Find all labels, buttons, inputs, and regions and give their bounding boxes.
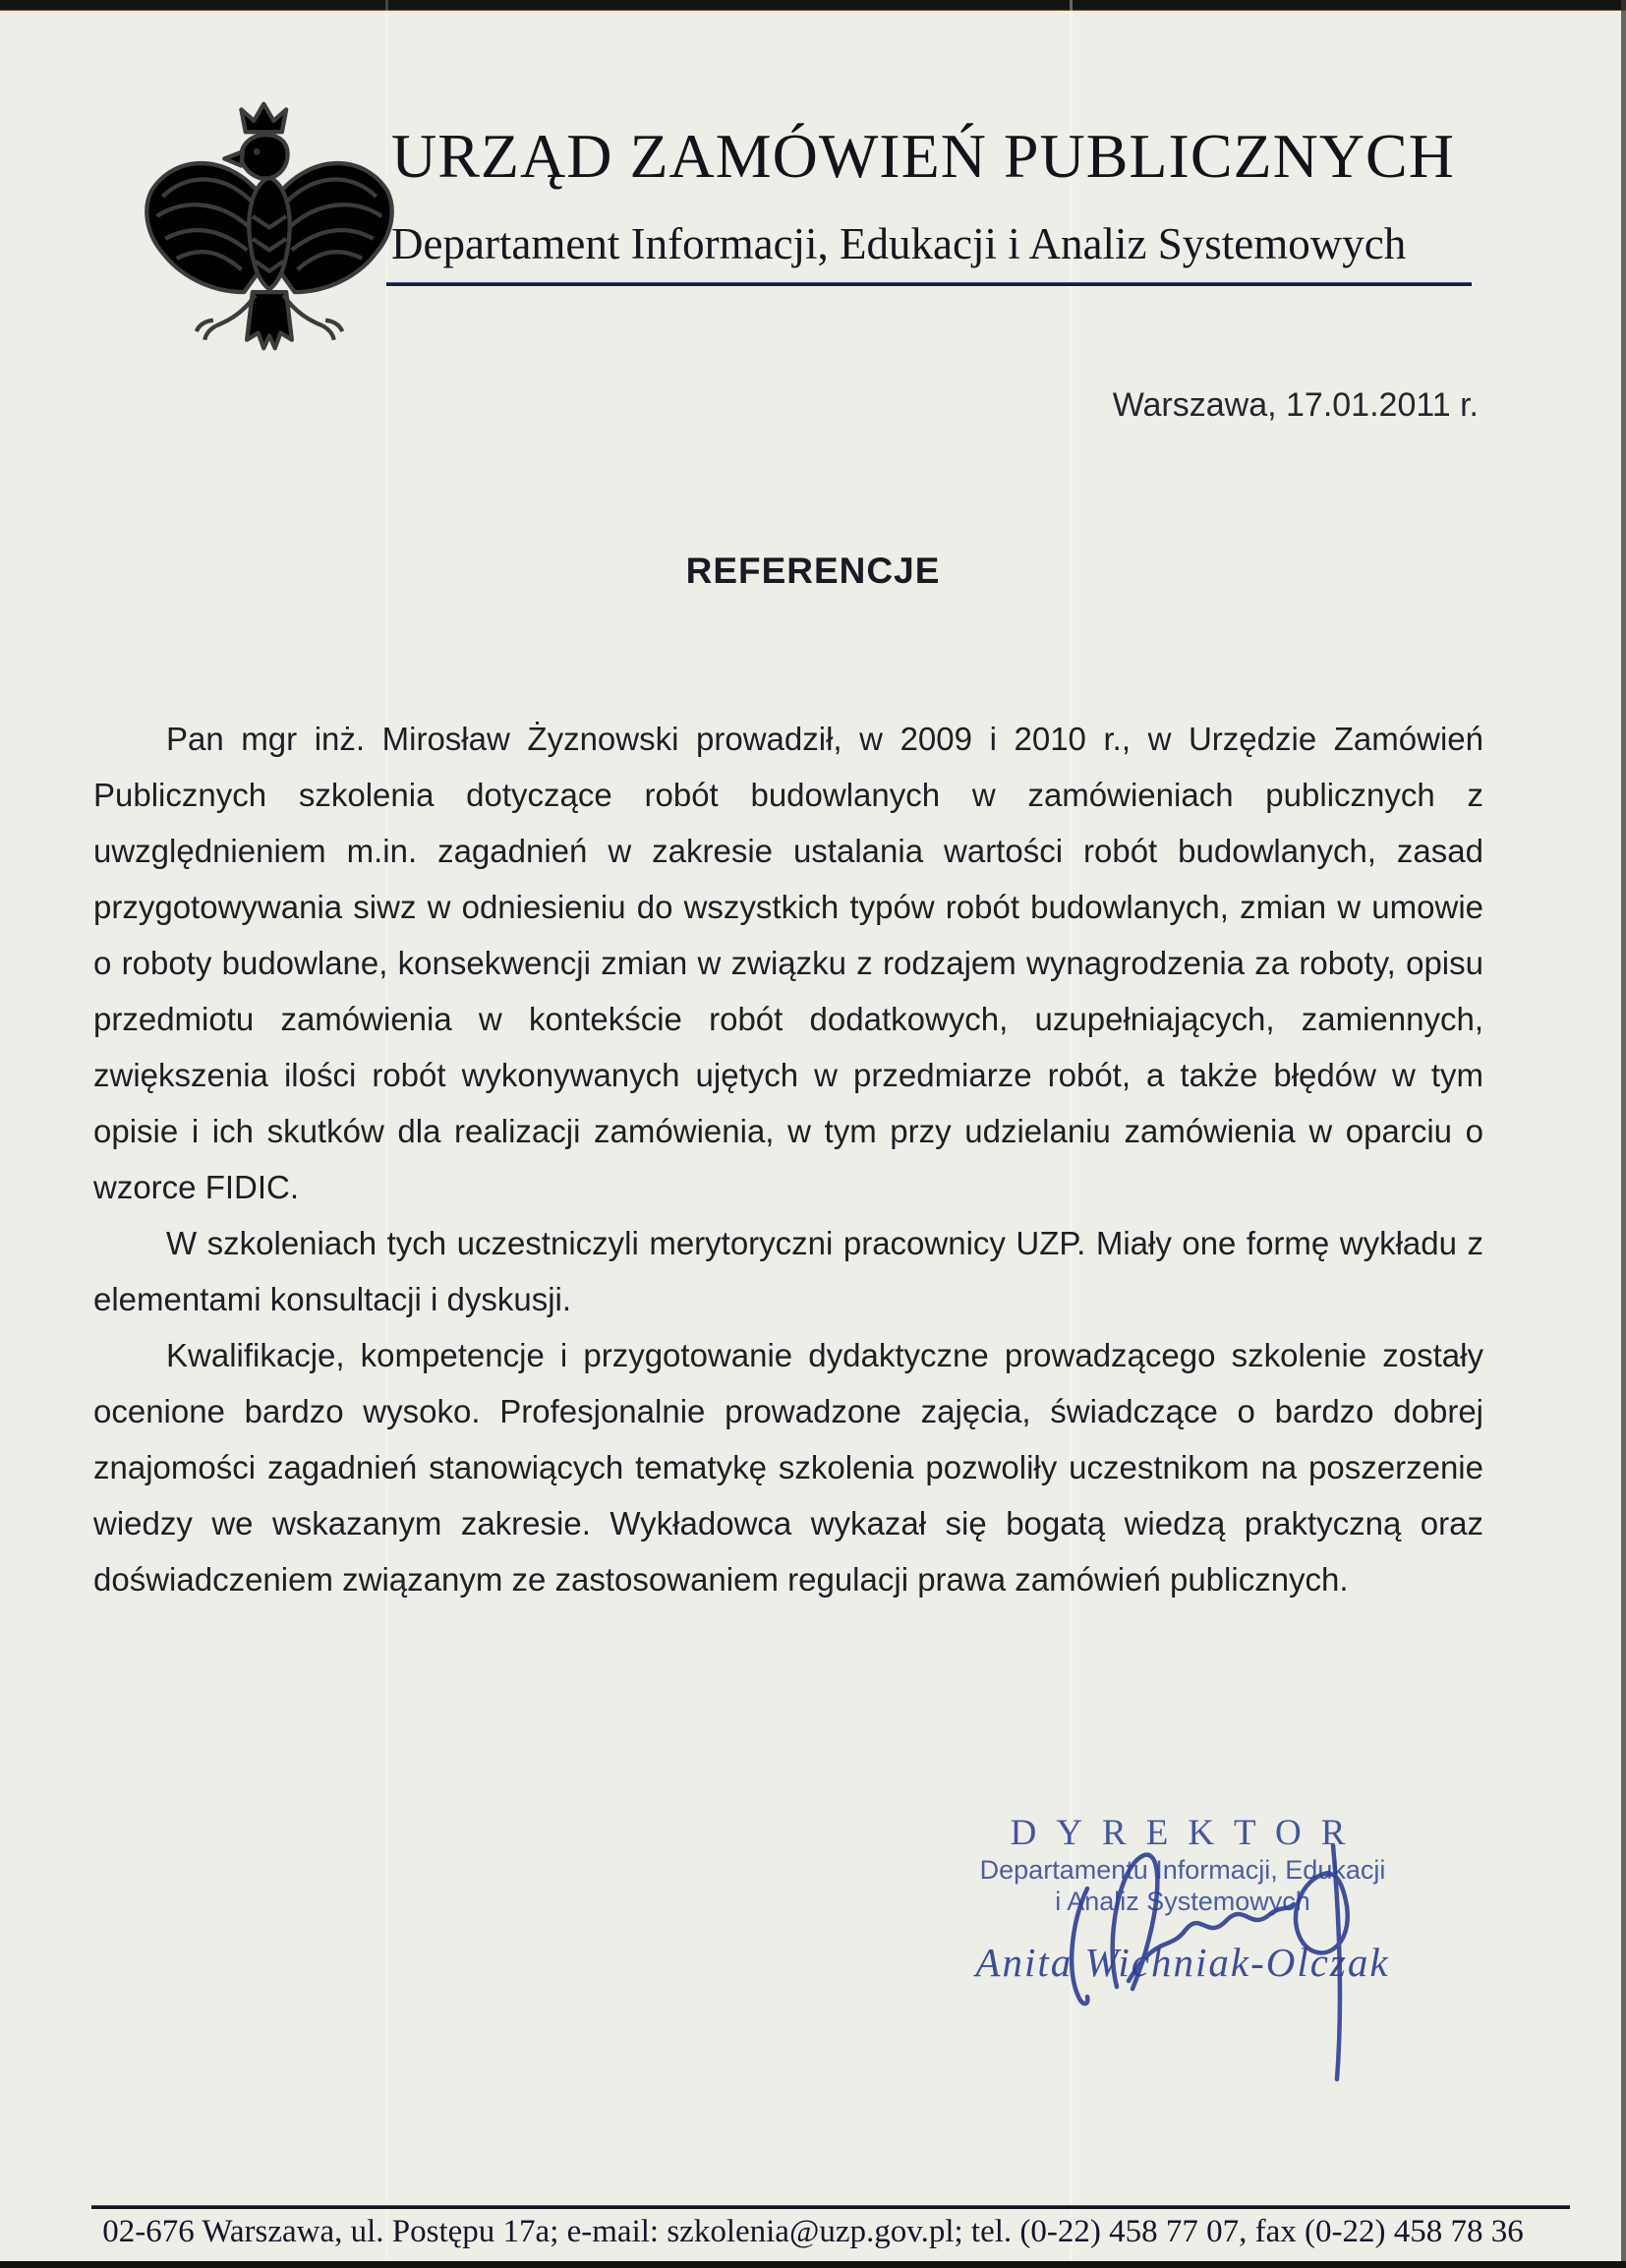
footer-divider: [91, 2205, 1570, 2209]
stamp-department-line: i Analiz Systemowych: [971, 1886, 1394, 1917]
signer-name: Anita Wichniak-Olczak: [971, 1939, 1394, 1986]
body-paragraph: Pan mgr inż. Mirosław Żyznowski prowadzi…: [93, 711, 1483, 1215]
body-paragraph: W szkoleniach tych uczestniczyli merytor…: [93, 1215, 1483, 1327]
document-page: URZĄD ZAMÓWIEŃ PUBLICZNYCH Departament I…: [0, 0, 1626, 2268]
scan-artifact-right-edge: [1621, 0, 1626, 2268]
scan-artifact-bottom-bar: [0, 2261, 1626, 2268]
letterhead-divider: [386, 282, 1472, 286]
signature-block: DYREKTOR Departamentu Informacji, Edukac…: [971, 1812, 1394, 1986]
letter-body: Pan mgr inż. Mirosław Żyznowski prowadzi…: [93, 711, 1483, 1607]
letterhead-org-name: URZĄD ZAMÓWIEŃ PUBLICZNYCH: [391, 120, 1492, 193]
letterhead-department: Departament Informacji, Edukacji i Anali…: [391, 218, 1492, 269]
body-paragraph: Kwalifikacje, kompetencje i przygotowani…: [93, 1327, 1483, 1607]
scan-artifact-top-bar: [0, 0, 1626, 11]
document-title: REFERENCJE: [12, 551, 1614, 592]
polish-eagle-emblem-icon: [126, 98, 413, 393]
stamp-department-line: Departamentu Informacji, Edukacji: [971, 1854, 1394, 1886]
footer-contact-line: 02-676 Warszawa, ul. Postępu 17a; e-mail…: [12, 2214, 1614, 2250]
stamp-title: DYREKTOR: [981, 1812, 1394, 1854]
date-line: Warszawa, 17.01.2011 r.: [1113, 386, 1479, 425]
